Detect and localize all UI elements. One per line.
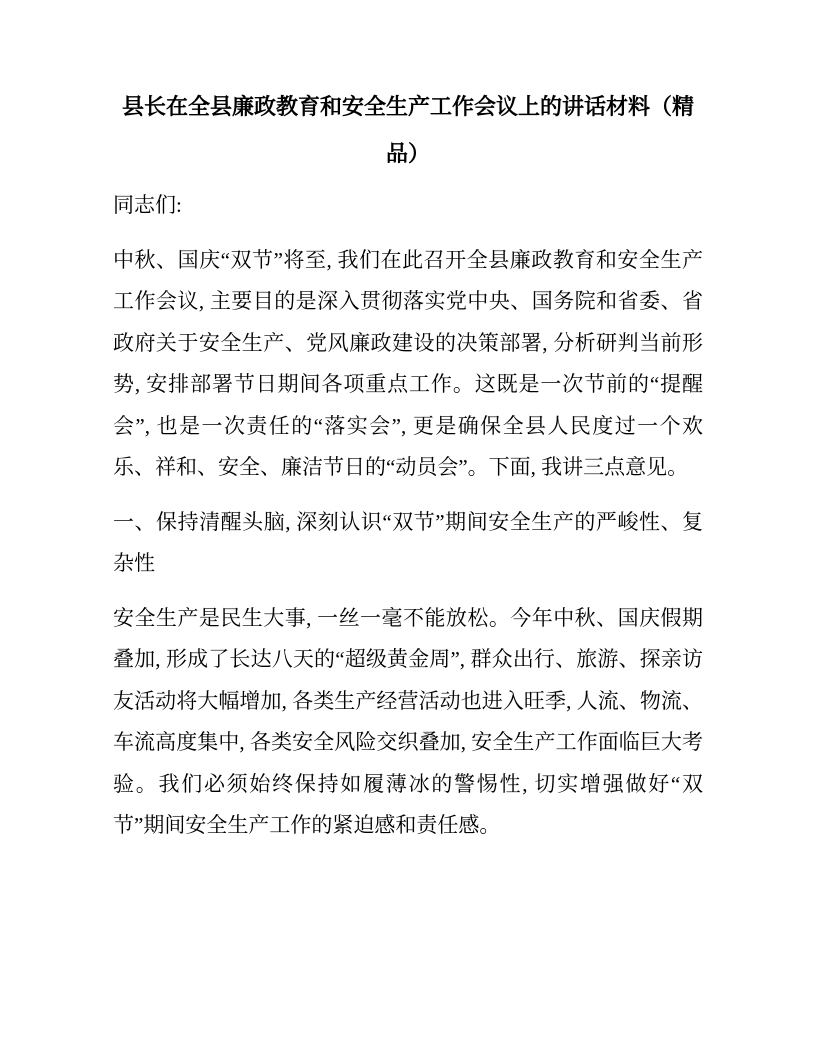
document-title: 县长在全县廉政教育和安全生产工作会议上的讲话材料（精品） [113, 83, 703, 177]
document-page: 县长在全县廉政教育和安全生产工作会议上的讲话材料（精品） 同志们: 中秋、国庆“… [0, 0, 816, 1056]
section-heading-1: 一、保持清醒头脑, 深刻认识“双节”期间安全生产的严峻性、复杂性 [113, 502, 703, 585]
salutation: 同志们: [113, 185, 703, 227]
paragraph-intro: 中秋、国庆“双节”将至, 我们在此召开全县廉政教育和安全生产工作会议, 主要目的… [113, 240, 703, 489]
paragraph-section-1-body: 安全生产是民生大事, 一丝一毫不能放松。今年中秋、国庆假期叠加, 形成了长达八天… [113, 598, 703, 847]
